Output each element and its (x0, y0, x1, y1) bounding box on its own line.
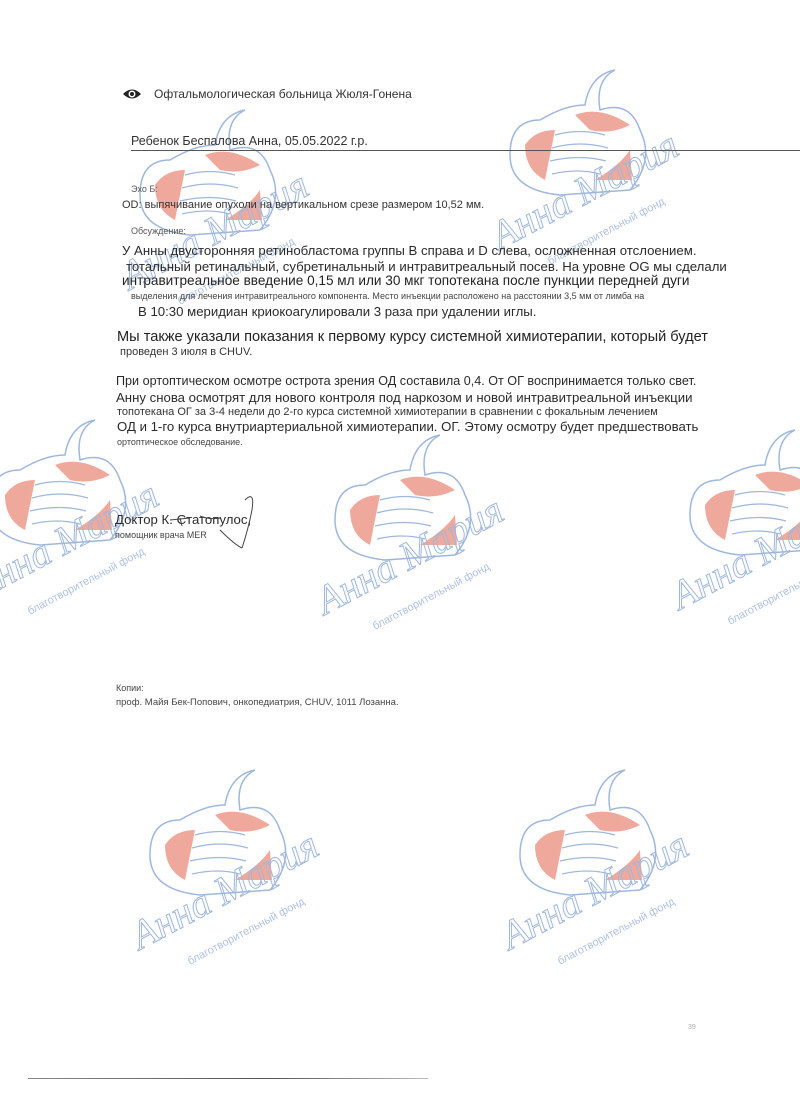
svg-text:Анна Мария: Анна Мария (490, 822, 695, 960)
discussion-line: интравитреальное введение 0,15 мл или 30… (122, 273, 689, 288)
svg-text:благотворительный фонд: благотворительный фонд (726, 555, 800, 627)
exam-line: топотекана ОГ за 3-4 недели до 2-го курс… (117, 406, 658, 418)
svg-text:благотворительный фонд: благотворительный фонд (556, 895, 678, 967)
svg-text:благотворительный фонд: благотворительный фонд (371, 560, 493, 632)
exam-line: ортоптическое обследование. (117, 437, 243, 447)
document-header: Офтальмологическая больница Жюля-Гонена (122, 87, 412, 101)
discussion-line: выделения для лечения интравитреального … (131, 291, 644, 301)
watermark-logo: Анна Мария благотворительный фонд (660, 420, 800, 640)
svg-text:Анна Мария: Анна Мария (120, 822, 325, 960)
echo-label: Эхо Б: (131, 184, 158, 194)
exam-line: При ортоптическом осмотре острота зрения… (116, 374, 696, 388)
eye-icon (122, 87, 142, 101)
discussion-label: Обсуждение: (131, 226, 186, 236)
watermark-logo: Анна Мария благотворительный фонд (490, 760, 720, 980)
discussion-line: В 10:30 меридиан криокоагулировали 3 раз… (138, 304, 536, 319)
chemo-line: Мы также указали показания к первому кур… (117, 329, 708, 345)
handwritten-signature (150, 490, 270, 570)
exam-line: Анну снова осмотрят для нового контроля … (116, 390, 692, 405)
page-number: 39 (688, 1024, 696, 1031)
svg-text:Анна Мария: Анна Мария (480, 122, 685, 260)
chemo-line: проведен 3 июля в CHUV. (120, 346, 252, 358)
copies-label: Копии: (116, 683, 144, 693)
watermark-logo: Анна Мария благотворительный фонд (305, 425, 535, 645)
svg-text:благотворительный фонд: благотворительный фонд (26, 545, 148, 617)
svg-text:Анна Мария: Анна Мария (660, 482, 800, 620)
page-bottom-line (28, 1078, 428, 1079)
divider (131, 150, 800, 151)
hospital-name: Офтальмологическая больница Жюля-Гонена (154, 87, 412, 101)
exam-line: ОД и 1-го курса внутриартериальной химио… (117, 419, 698, 434)
svg-text:Анна Мария: Анна Мария (0, 472, 166, 610)
svg-text:Анна Мария: Анна Мария (305, 487, 510, 625)
watermark-logo: Анна Мария благотворительный фонд (120, 760, 350, 980)
copies-recipient: проф. Майя Бек-Попович, онкопедиатрия, C… (116, 697, 399, 708)
echo-text: OD: выпячивание опухоли на вертикальном … (122, 199, 484, 211)
patient-line: Ребенок Беспалова Анна, 05.05.2022 г.р. (131, 134, 368, 148)
discussion-line: У Анны двусторонняя ретинобластома групп… (122, 243, 696, 258)
svg-text:благотворительный фонд: благотворительный фонд (186, 895, 308, 967)
discussion-line: тотальный ретинальный, субретинальный и … (126, 259, 727, 274)
